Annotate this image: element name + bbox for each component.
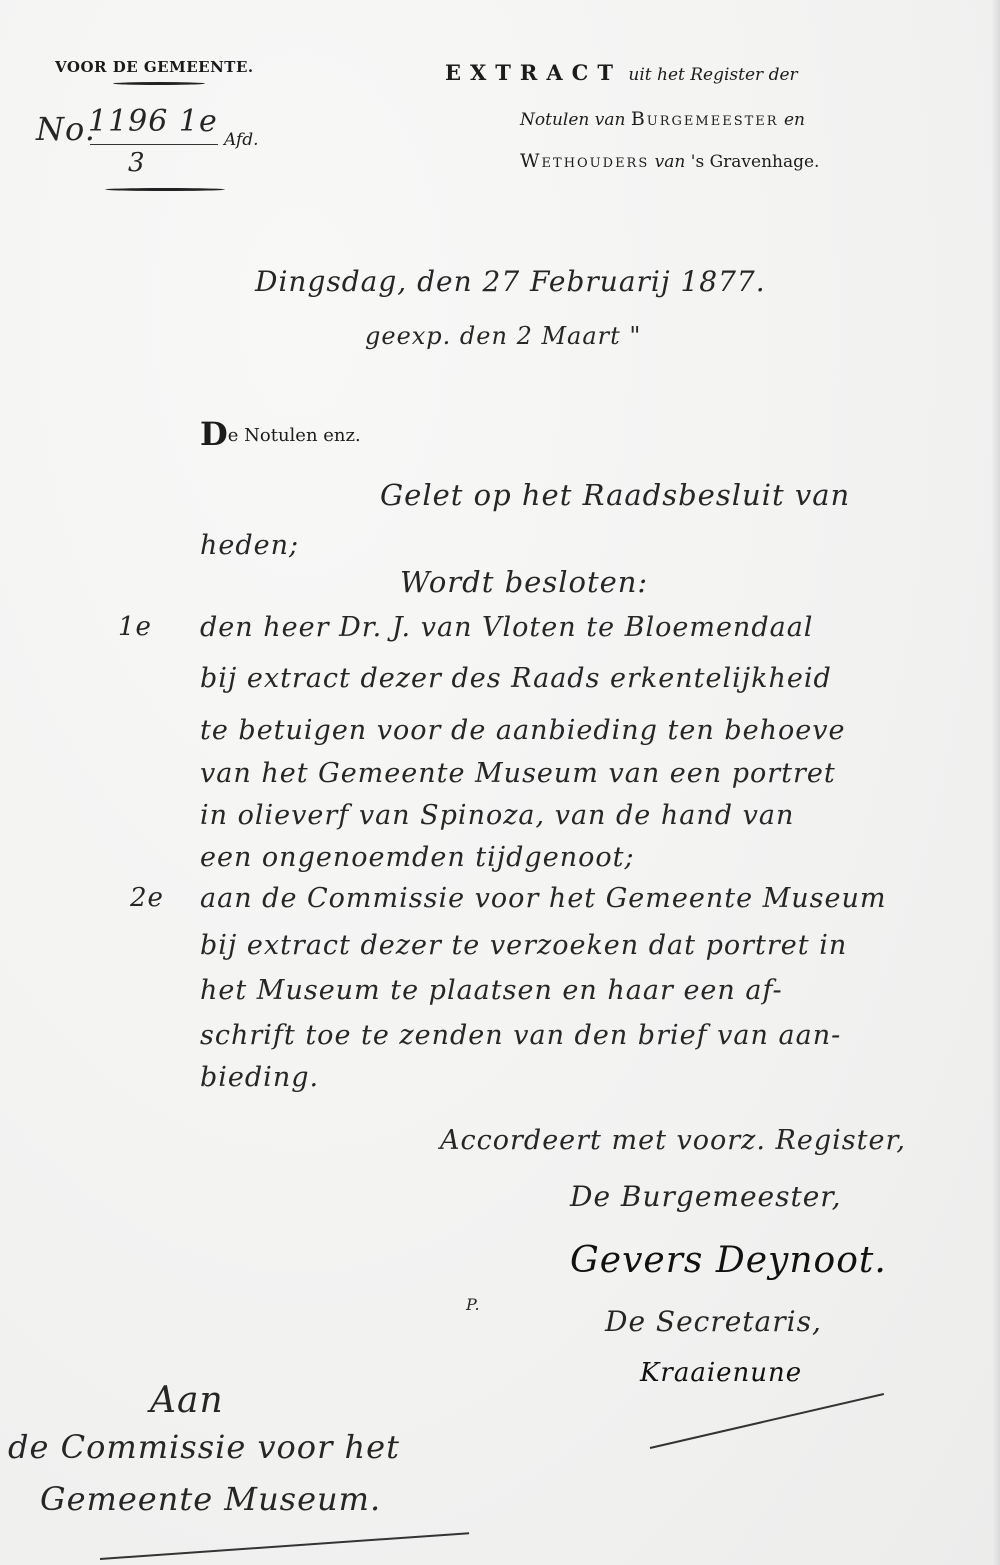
en-text: en <box>784 110 805 130</box>
body-line-5: in olieverf van Spinoza, van de hand van <box>200 800 794 831</box>
intro-initial: D <box>200 415 228 453</box>
body-line-gelet: Gelet op het Raadsbesluit van <box>380 478 850 512</box>
address-commissie: de Commissie voor het <box>8 1428 400 1466</box>
register-number-label: No. <box>36 110 96 148</box>
dispatch-date: geexp. den 2 Maart " <box>365 322 641 350</box>
address-aan: Aan <box>150 1380 224 1421</box>
body-line-8: bij extract dezer te verzoeken dat portr… <box>200 930 847 961</box>
address-underline <box>100 1532 469 1560</box>
body-line-6: een ongenoemden tijdgenoot; <box>200 842 635 873</box>
register-number-value: 1196 1e <box>88 104 218 139</box>
item-number-1: 1e <box>118 612 152 642</box>
header-wethouders-line: Wethouders van 's Gravenhage. <box>520 150 819 172</box>
van-text: van <box>655 152 686 172</box>
secretaris-signature: Kraaienune <box>640 1358 802 1388</box>
body-line-9: het Museum te plaatsen en haar een af- <box>200 975 783 1006</box>
burgemeester-signature: Gevers Deynoot. <box>570 1240 887 1281</box>
header-flourish-bottom <box>105 188 225 191</box>
header-voor-de-gemeente: VOOR DE GEMEENTE. <box>55 58 254 76</box>
document-page: VOOR DE GEMEENTE. No. 1196 1e 3 Afd. EXT… <box>0 0 1000 1565</box>
header-extract-line: EXTRACT uit het Register der <box>445 60 798 85</box>
extract-word: EXTRACT <box>445 60 622 85</box>
accordeert-line: Accordeert met voorz. Register, <box>440 1125 906 1156</box>
page-edge <box>992 0 1000 1565</box>
body-line-10: schrift toe te zenden van den brief van … <box>200 1020 841 1051</box>
burgemeester-title: De Burgemeester, <box>570 1180 842 1213</box>
item-number-2: 2e <box>130 883 164 913</box>
secretaris-title: De Secretaris, <box>605 1305 822 1338</box>
wethouders-text: Wethouders <box>520 150 649 172</box>
small-mark: P. <box>466 1295 481 1314</box>
gravenhage-text: 's Gravenhage. <box>691 152 820 172</box>
body-line-1: den heer Dr. J. van Vloten te Bloemendaa… <box>200 612 813 643</box>
signature-underline <box>650 1393 884 1449</box>
notulen-text: Notulen van <box>520 110 625 130</box>
register-number-rule <box>90 144 218 145</box>
body-line-11: bieding. <box>200 1062 319 1093</box>
extract-line-rest: uit het Register der <box>628 65 797 85</box>
body-line-4: van het Gemeente Museum van een portret <box>200 758 836 789</box>
body-line-2: bij extract dezer des Raads erkentelijkh… <box>200 663 832 694</box>
body-line-wordt-besloten: Wordt besloten: <box>400 565 648 599</box>
header-flourish-top <box>113 82 205 85</box>
header-notulen-line: Notulen van Burgemeester en <box>520 108 805 130</box>
intro-de-notulen: De Notulen enz. <box>200 415 361 453</box>
meeting-date: Dingsdag, den 27 Februarij 1877. <box>255 265 766 298</box>
body-line-7: aan de Commissie voor het Gemeente Museu… <box>200 883 887 914</box>
burgemeester-text: Burgemeester <box>631 108 779 130</box>
afdeeling-label: Afd. <box>224 130 259 150</box>
body-line-3: te betuigen voor de aanbieding ten behoe… <box>200 715 845 746</box>
register-number-denominator: 3 <box>128 148 146 178</box>
address-museum: Gemeente Museum. <box>40 1480 381 1518</box>
intro-rest: e Notulen enz. <box>228 425 361 446</box>
body-line-heden: heden; <box>200 530 299 561</box>
